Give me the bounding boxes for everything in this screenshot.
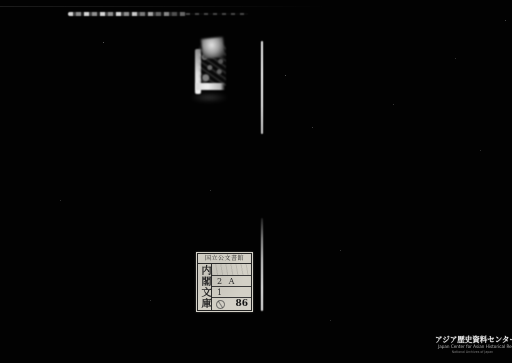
torn-label-bottom-edge xyxy=(196,83,225,90)
jacar-watermark-org-en: National Archives of Japan xyxy=(439,350,507,354)
call-label-body: 内閣文庫 2 A 1 86 xyxy=(198,264,251,310)
scanned-microfilm-page: 国立公文書館 内閣文庫 2 A 1 86 アジア歴史資料センター Japan C… xyxy=(0,0,512,363)
call-label-rows: 2 A 1 86 xyxy=(212,264,251,310)
torn-label-residue xyxy=(191,93,227,102)
torn-label-top-patch xyxy=(201,37,225,59)
jacar-watermark-title-ja: アジア歴史資料センター xyxy=(435,335,510,345)
call-label-institution: 国立公文書館 xyxy=(198,254,251,264)
jacar-watermark: アジア歴史資料センター Japan Center for Asian Histo… xyxy=(435,335,510,354)
page-spine-line-upper xyxy=(261,41,263,134)
film-edge-glow xyxy=(0,6,330,7)
archives-call-number-label: 国立公文書館 内閣文庫 2 A 1 86 xyxy=(196,252,253,312)
film-scratch-streak xyxy=(68,12,186,16)
call-label-row-section: 1 xyxy=(212,287,251,298)
pencil-circle-mark xyxy=(215,299,226,310)
page-spine-line-lower xyxy=(261,218,263,311)
call-label-frame: 国立公文書館 内閣文庫 2 A 1 86 xyxy=(197,253,252,311)
film-grain-dots xyxy=(0,0,1,1)
call-label-number-value: 86 xyxy=(235,299,251,309)
call-label-row-class: 2 A xyxy=(212,276,251,287)
torn-paper-label xyxy=(193,38,232,92)
film-scratch-streak-faint xyxy=(186,13,248,15)
call-label-collection-vertical-text: 内閣文庫 xyxy=(198,264,212,310)
jacar-watermark-subtitle-en: Japan Center for Asian Historical Record… xyxy=(438,345,507,350)
call-label-row-blank xyxy=(212,264,251,276)
call-label-row-number: 86 xyxy=(212,298,251,310)
